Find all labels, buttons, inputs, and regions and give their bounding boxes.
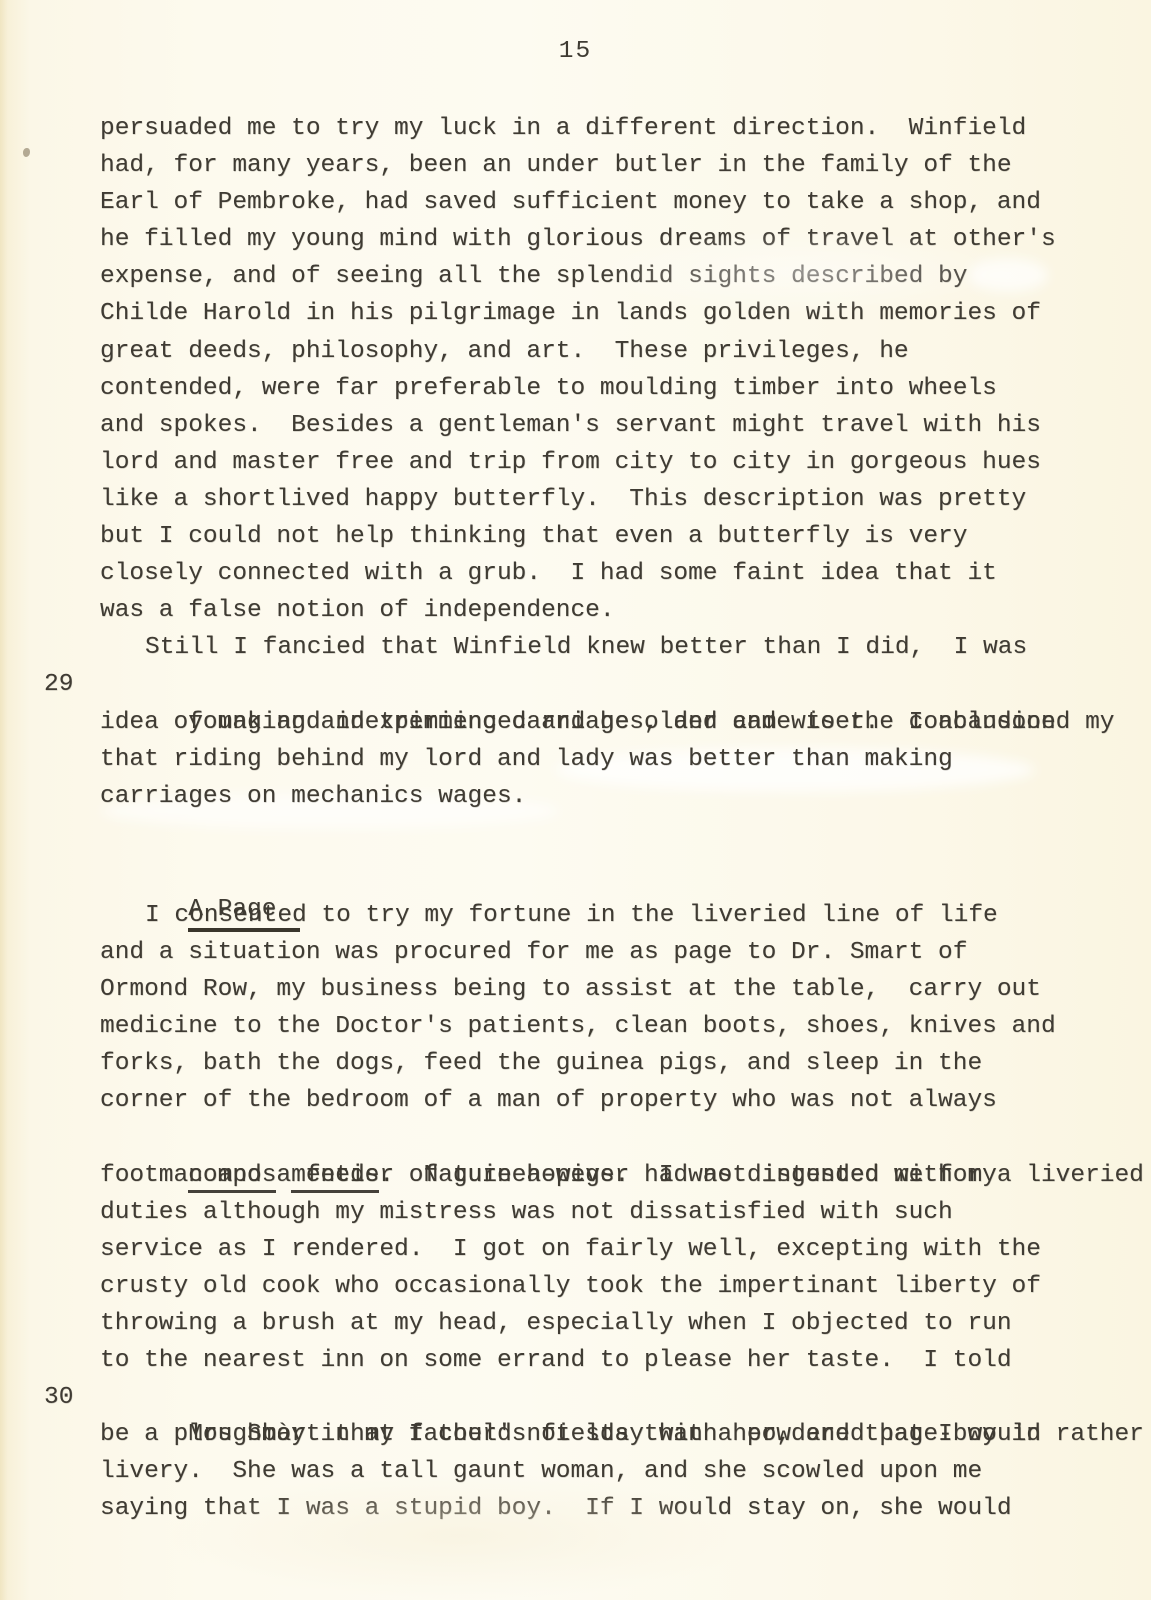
- text-line: Childe Harold in his pilgrimage in lands…: [100, 295, 1090, 332]
- section-heading-line: A Page: [100, 860, 1090, 897]
- text-line: crusty old cook who occasionally took th…: [100, 1268, 1090, 1305]
- body-text: persuaded me to try my luck in a differe…: [100, 110, 1090, 1527]
- text-line: footman and a feeder of guinea-pigs. I w…: [100, 1157, 1090, 1194]
- text-line: carriages on mechanics wages.: [100, 778, 1090, 815]
- text-line: Earl of Pembroke, had saved sufficient m…: [100, 184, 1090, 221]
- text-line: 30Mrs Smart that I could not stay with h…: [100, 1379, 1090, 1416]
- text-line-compos-mentis: compos mentis. Nature however had not in…: [100, 1119, 1090, 1156]
- text-line: expense, and of seeing all the splendid …: [100, 258, 1090, 295]
- text-line: corner of the bedroom of a man of proper…: [100, 1082, 1090, 1119]
- margin-line-number-30: 30: [44, 1379, 73, 1416]
- text-line: to the nearest inn on some errand to ple…: [100, 1342, 1090, 1379]
- text-line: and spokes. Besides a gentleman's servan…: [100, 407, 1090, 444]
- text-line: had, for many years, been an under butle…: [100, 147, 1090, 184]
- margin-line-number-29: 29: [44, 666, 73, 703]
- paragraph-gap: [100, 815, 1090, 860]
- text-line: like a shortlived happy butterfly. This …: [100, 481, 1090, 518]
- text-line: livery. She was a tall gaunt woman, and …: [100, 1453, 1090, 1490]
- text-line: be a ploughbòy in my father's fields tha…: [100, 1416, 1090, 1453]
- text-line: that riding behind my lord and lady was …: [100, 741, 1090, 778]
- text-line: saying that I was a stupid boy. If I wou…: [100, 1490, 1090, 1527]
- paper-speck: [23, 148, 30, 157]
- text-line: but I could not help thinking that even …: [100, 518, 1090, 555]
- text-line: service as I rendered. I got on fairly w…: [100, 1231, 1090, 1268]
- text-line: he filled my young mind with glorious dr…: [100, 221, 1090, 258]
- text-line: contended, were far preferable to mouldi…: [100, 370, 1090, 407]
- text-line: lord and master free and trip from city …: [100, 444, 1090, 481]
- text-line: great deeds, philosophy, and art. These …: [100, 333, 1090, 370]
- text-line: closely connected with a grub. I had som…: [100, 555, 1090, 592]
- text-line: Ormond Row, my business being to assist …: [100, 971, 1090, 1008]
- text-line: idea of making and trimming carriages, a…: [100, 704, 1090, 741]
- text-line: Still I fancied that Winfield knew bette…: [100, 629, 1090, 666]
- text-line: and a situation was procured for me as p…: [100, 934, 1090, 971]
- page-number: 15: [0, 38, 1151, 65]
- text-line: I consented to try my fortune in the liv…: [100, 897, 1090, 934]
- text-line: medicine to the Doctor's patients, clean…: [100, 1008, 1090, 1045]
- text-line: 29young and inexperienced and he older a…: [100, 666, 1090, 703]
- text-line: duties although my mistress was not diss…: [100, 1194, 1090, 1231]
- text-line: persuaded me to try my luck in a differe…: [100, 110, 1090, 147]
- typescript-page: 15 persuaded me to try my luck in a diff…: [0, 0, 1151, 1600]
- text-line: was a false notion of independence.: [100, 592, 1090, 629]
- text-line: throwing a brush at my head, especially …: [100, 1305, 1090, 1342]
- text-line: forks, bath the dogs, feed the guinea pi…: [100, 1045, 1090, 1082]
